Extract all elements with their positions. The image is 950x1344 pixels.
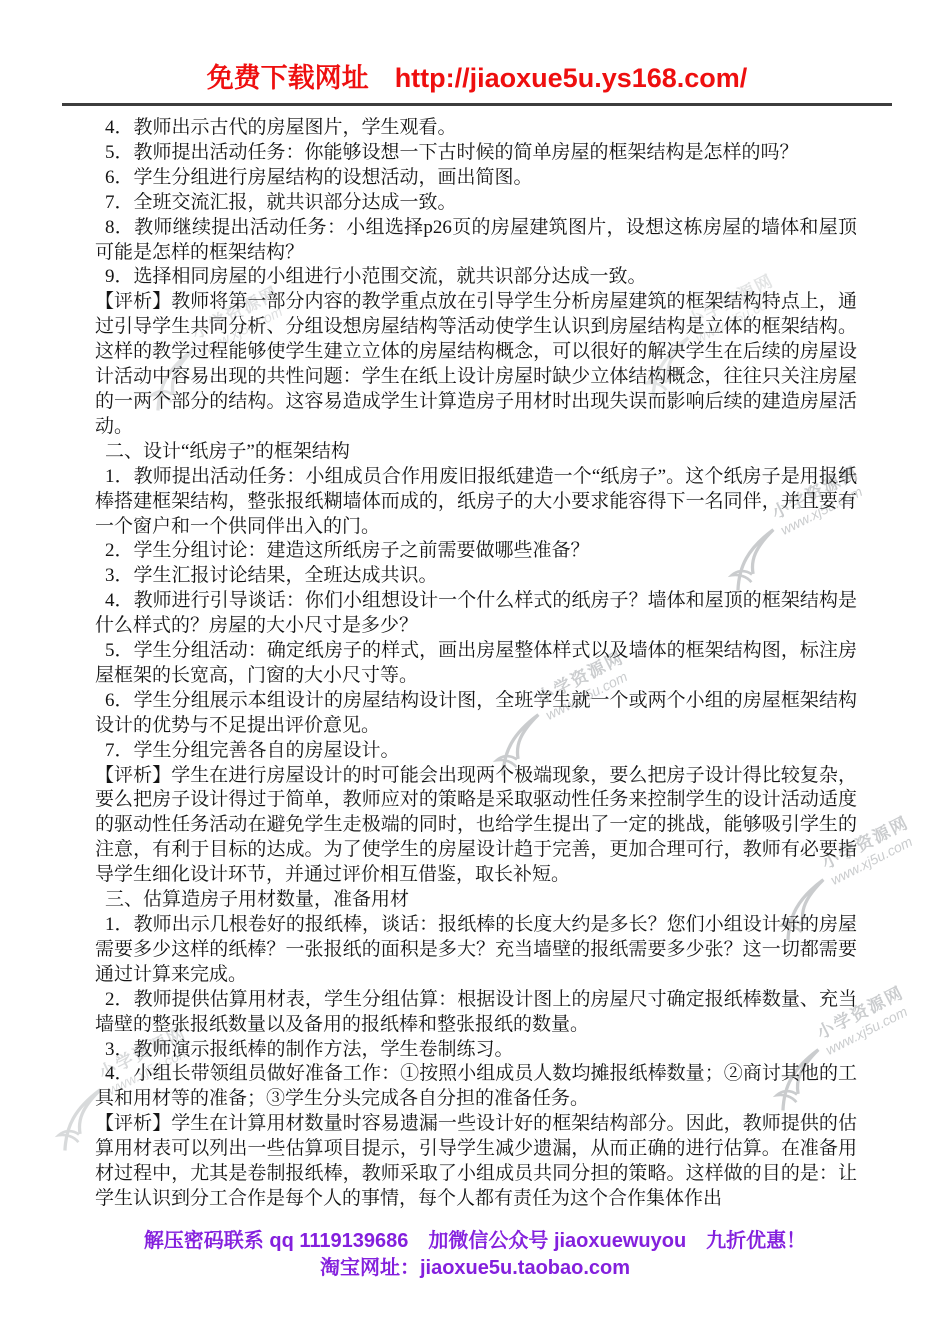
step-item-3-4: 4．小组长带领组员做好准备工作：①按照小组成员人数均摊报纸棒数量；②商讨其他的工… (95, 1062, 857, 1112)
step-item-4: 4．教师出示古代的房屋图片，学生观看。 (95, 116, 857, 141)
step-item-2-7: 7．学生分组完善各自的房屋设计。 (95, 739, 857, 764)
page-header: 免费下载网址http://jiaoxue5u.ys168.com/ (62, 56, 892, 106)
evaluation-paragraph-2: 【评析】学生在进行房屋设计的时可能会出现两个极端现象，要么把房子设计得比较复杂，… (95, 764, 857, 889)
step-item-3-3: 3．教师演示报纸棒的制作方法，学生卷制练习。 (95, 1038, 857, 1063)
step-item-3-2: 2．教师提供估算用材表，学生分组估算：根据设计图上的房屋尺寸确定报纸棒数量、充当… (95, 988, 857, 1038)
document-body: 4．教师出示古代的房屋图片，学生观看。5．教师提出活动任务：你能够设想一下古时候… (95, 116, 857, 1212)
step-item-3-1: 1．教师出示几根卷好的报纸棒，谈话：报纸棒的长度大约是多长？您们小组设计好的房屋… (95, 913, 857, 988)
step-item-7: 7．全班交流汇报，就共识部分达成一致。 (95, 191, 857, 216)
step-item-6: 6．学生分组进行房屋结构的设想活动，画出简图。 (95, 166, 857, 191)
step-item-9: 9．选择相同房屋的小组进行小范围交流，就共识部分达成一致。 (95, 265, 857, 290)
step-item-2-2: 2．学生分组讨论：建造这所纸房子之前需要做哪些准备？ (95, 539, 857, 564)
step-item-5: 5．教师提出活动任务：你能够设想一下古时候的简单房屋的框架结构是怎样的吗？ (95, 141, 857, 166)
footer-contact-line: 解压密码联系 qq 1119139686 加微信公众号 jiaoxuewuyou… (0, 1228, 950, 1255)
evaluation-paragraph-3: 【评析】学生在计算用材数量时容易遗漏一些设计好的框架结构部分。因此，教师提供的估… (95, 1112, 857, 1212)
step-item-2-5: 5．学生分组活动：确定纸房子的样式，画出房屋整体样式以及墙体的框架结构图，标注房… (95, 639, 857, 689)
step-item-8: 8．教师继续提出活动任务：小组选择p26页的房屋建筑图片，设想这栋房屋的墙体和屋… (95, 216, 857, 266)
taobao-url-link[interactable]: jiaoxue5u.taobao.com (420, 1257, 630, 1279)
taobao-label: 淘宝网址： (320, 1257, 420, 1279)
document-page: 小学资源网 www.xj5u.com 小学资源网 www.xj5u.com 小学… (0, 0, 950, 1344)
step-item-2-6: 6．学生分组展示本组设计的房屋结构设计图，全班学生就一个或两个小组的房屋框架结构… (95, 689, 857, 739)
page-footer: 解压密码联系 qq 1119139686 加微信公众号 jiaoxuewuyou… (0, 1228, 950, 1282)
download-site-label: 免费下载网址 (207, 63, 369, 93)
section-heading-2: 二、设计“纸房子”的框架结构 (95, 440, 857, 465)
evaluation-paragraph-1: 【评析】教师将第一部分内容的教学重点放在引导学生分析房屋建筑的框架结构特点上，通… (95, 290, 857, 439)
download-url-link[interactable]: http://jiaoxue5u.ys168.com/ (395, 63, 748, 93)
step-item-2-3: 3．学生汇报讨论结果，全班达成共识。 (95, 564, 857, 589)
step-item-2-4: 4．教师进行引导谈话：你们小组想设计一个什么样式的纸房子？墙体和屋顶的框架结构是… (95, 589, 857, 639)
step-item-2-1: 1．教师提出活动任务：小组成员合作用废旧报纸建造一个“纸房子”。这个纸房子是用报… (95, 465, 857, 540)
section-heading-3: 三、估算造房子用材数量，准备用材 (95, 888, 857, 913)
footer-taobao-line: 淘宝网址：jiaoxue5u.taobao.com (0, 1255, 950, 1282)
